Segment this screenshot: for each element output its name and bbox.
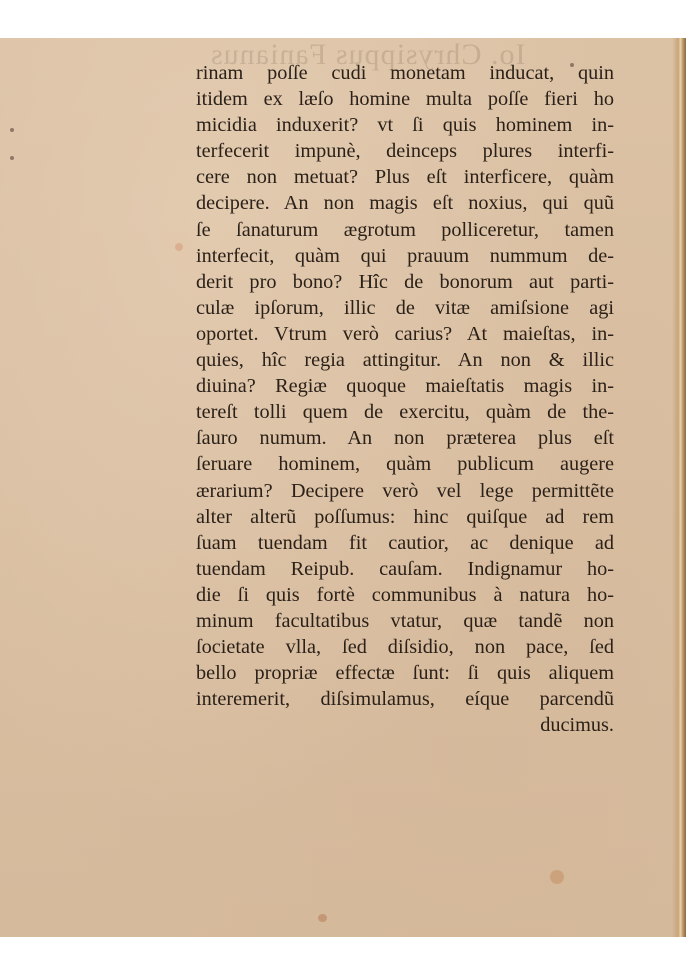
text-line: diuina? Regiæ quoque maieſtatis magis in… [196,373,614,399]
text-line: cere non metuat? Plus eſt interficere, q… [196,164,614,190]
text-line: derit pro bono? Hîc de bonorum aut parti… [196,269,614,295]
text-line: quies, hîc regia attingitur. An non & il… [196,347,614,373]
ink-stain [318,914,327,922]
text-line-final: ducimus. [196,712,614,738]
text-line: itidem ex læſo homine multa poſſe fieri … [196,86,614,112]
text-line: ſeruare hominem, quàm publicum augere [196,451,614,477]
text-line: ærarium? Decipere verò vel lege permittẽ… [196,478,614,504]
text-line: ſocietate vlla, ſed diſsidio, non pace, … [196,634,614,660]
text-line: ſuam tuendam fit cautior, ac denique ad [196,530,614,556]
text-line: bello propriæ effectæ ſunt: ſi quis aliq… [196,660,614,686]
text-line: interfecit, quàm qui prauum nummum de- [196,243,614,269]
ink-stain [175,243,183,251]
text-line: die ſi quis fortè communibus à natura ho… [196,582,614,608]
ink-stain [10,128,14,132]
text-line: decipere. An non magis eſt noxius, qui q… [196,190,614,216]
text-line: tuendam Reipub. cauſam. Indignamur ho- [196,556,614,582]
text-line: rinam poſſe cudi monetam inducat, quin [196,60,614,86]
text-line: culæ ipſorum, illic de vitæ amiſsione ag… [196,295,614,321]
ink-stain [550,870,564,884]
text-line: terfecerit impunè, deinceps plures inter… [196,138,614,164]
text-line: minum facultatibus vtatur, quæ tandẽ non [196,608,614,634]
body-text: rinam poſſe cudi monetam inducat, quin i… [196,60,614,738]
text-line: alter alterũ poſſumus: hinc quiſque ad r… [196,504,614,530]
text-line: ſe ſanaturum ægrotum polliceretur, tamen [196,217,614,243]
ink-stain [10,156,14,160]
text-line: ſauro numum. An non præterea plus eſt [196,425,614,451]
text-line: micidia induxerit? vt ſi quis hominem in… [196,112,614,138]
text-line: tereſt tolli quem de exercitu, quàm de t… [196,399,614,425]
page-fold-edge [672,38,686,937]
text-line: interemerit, diſsimulamus, eíque parcend… [196,686,614,712]
text-line: oportet. Vtrum verò carius? At maieſtas,… [196,321,614,347]
